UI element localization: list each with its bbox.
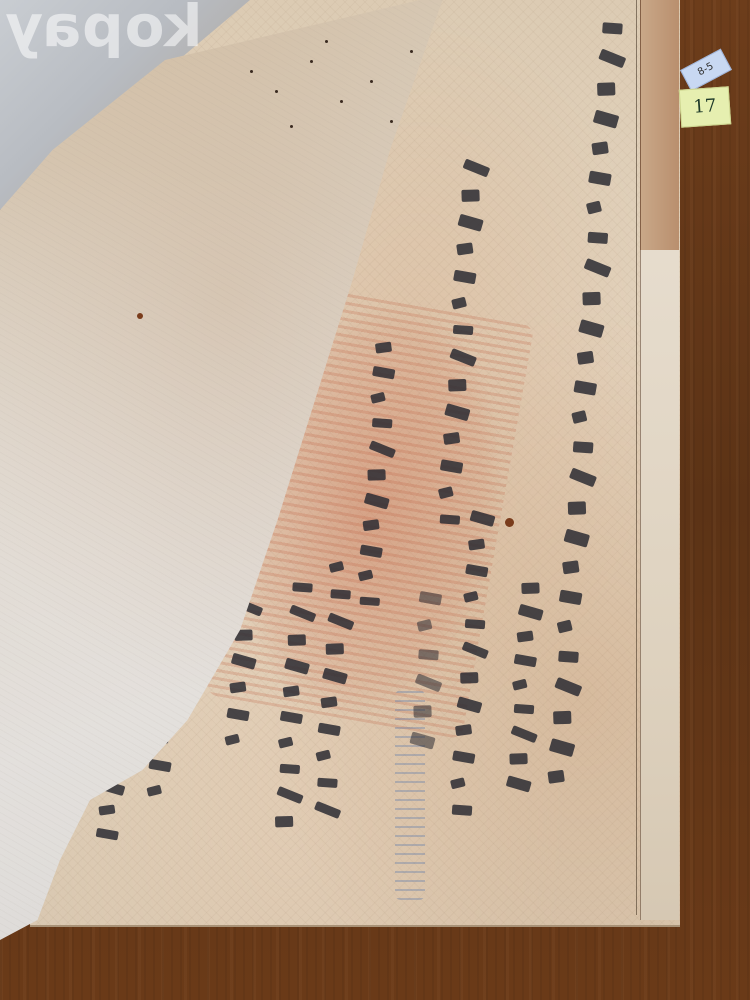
ink-stroke bbox=[283, 685, 300, 697]
ink-stroke bbox=[229, 681, 246, 693]
ink-stroke bbox=[315, 749, 331, 762]
ink-stroke bbox=[292, 582, 313, 592]
ink-stroke bbox=[359, 596, 380, 606]
ink-stroke bbox=[438, 486, 454, 499]
ink-specks bbox=[230, 30, 430, 150]
ink-stroke bbox=[586, 200, 602, 214]
document-edge-strip-bottom bbox=[640, 250, 679, 920]
ink-stroke bbox=[443, 432, 460, 445]
ink-stroke bbox=[564, 529, 591, 548]
ink-stroke bbox=[553, 711, 571, 724]
ink-stroke bbox=[456, 243, 473, 256]
ink-stroke bbox=[372, 366, 395, 380]
ink-stroke bbox=[512, 678, 528, 690]
ink-stroke bbox=[460, 672, 478, 684]
ink-stroke bbox=[465, 564, 488, 578]
ink-stroke bbox=[518, 604, 544, 621]
ink-stroke bbox=[226, 707, 249, 721]
ink-stroke bbox=[444, 403, 470, 421]
ink-stroke bbox=[326, 643, 344, 655]
ink-stroke bbox=[360, 544, 383, 558]
ink-stroke bbox=[367, 469, 385, 481]
ink-stroke bbox=[418, 649, 439, 660]
ink-stroke bbox=[453, 269, 476, 283]
ink-stroke bbox=[558, 651, 579, 663]
document-margin-line bbox=[636, 0, 637, 915]
ink-stroke bbox=[571, 410, 587, 424]
ink-stroke bbox=[358, 569, 374, 581]
ink-stroke bbox=[284, 658, 310, 675]
ink-stroke bbox=[450, 777, 466, 789]
ink-stroke bbox=[372, 418, 393, 428]
ink-stroke bbox=[280, 764, 301, 774]
ink-stroke bbox=[451, 296, 467, 309]
ink-stroke bbox=[597, 82, 615, 95]
ink-stroke bbox=[577, 351, 594, 365]
ink-stroke bbox=[578, 319, 605, 338]
ink-stroke bbox=[514, 654, 537, 667]
ink-stroke bbox=[329, 561, 345, 574]
ink-stroke bbox=[231, 653, 257, 671]
ink-stroke bbox=[521, 582, 539, 593]
ink-stroke bbox=[593, 110, 620, 129]
ink-stroke bbox=[278, 737, 294, 749]
ink-stroke bbox=[463, 591, 479, 603]
ink-stroke bbox=[582, 292, 600, 305]
ink-stroke bbox=[549, 738, 576, 757]
ink-stroke bbox=[146, 785, 162, 797]
ink-stroke bbox=[557, 619, 573, 633]
ink-stroke bbox=[440, 514, 461, 525]
ink-stroke bbox=[275, 816, 293, 828]
ink-stroke bbox=[568, 501, 586, 514]
ink-stroke bbox=[224, 734, 240, 746]
ink-stroke bbox=[587, 232, 608, 244]
ink-stroke bbox=[288, 634, 306, 646]
ink-stroke bbox=[514, 704, 535, 714]
ink-stroke bbox=[448, 379, 466, 391]
ink-stroke bbox=[591, 141, 608, 155]
ink-stroke bbox=[322, 668, 348, 686]
ink-stroke bbox=[453, 325, 474, 336]
ink-stroke bbox=[148, 759, 171, 773]
ink-stroke bbox=[413, 705, 431, 718]
ink-stroke bbox=[440, 459, 463, 473]
ink-stroke bbox=[96, 827, 119, 840]
ink-stroke bbox=[461, 190, 479, 202]
ink-stroke bbox=[452, 805, 473, 816]
ink-stroke bbox=[547, 770, 564, 784]
ink-stroke bbox=[469, 510, 495, 528]
ink-stroke bbox=[458, 214, 484, 232]
ink-stroke bbox=[452, 750, 475, 764]
ink-stroke bbox=[419, 591, 443, 606]
ink-stroke bbox=[98, 805, 115, 816]
ink-stroke bbox=[409, 731, 435, 749]
ink-stroke bbox=[280, 711, 303, 725]
ink-stroke bbox=[362, 519, 379, 531]
yellow-sticky-note: 17 bbox=[679, 86, 732, 127]
ink-stroke bbox=[506, 775, 532, 792]
ink-stroke bbox=[588, 171, 612, 186]
ink-stroke bbox=[465, 619, 486, 630]
ink-stroke bbox=[468, 538, 485, 550]
ink-stroke bbox=[559, 590, 583, 605]
ink-stroke bbox=[417, 619, 433, 632]
ink-stroke bbox=[602, 22, 623, 34]
document-edge-strip-top bbox=[640, 0, 679, 250]
ink-stroke bbox=[517, 630, 534, 642]
ink-stroke bbox=[330, 589, 351, 600]
ink-stroke bbox=[375, 342, 392, 354]
ink-stroke bbox=[370, 392, 386, 404]
ink-stroke bbox=[364, 492, 390, 509]
ink-stroke bbox=[562, 560, 579, 574]
watermark: kopay bbox=[4, 0, 203, 60]
ink-stroke bbox=[317, 723, 340, 737]
ink-stroke bbox=[320, 696, 337, 709]
paper-spot bbox=[137, 313, 143, 319]
ink-stroke bbox=[455, 724, 472, 736]
ink-stroke bbox=[573, 441, 594, 453]
ink-stroke bbox=[509, 753, 527, 764]
ink-stroke bbox=[573, 380, 597, 395]
paper-spot bbox=[505, 518, 514, 527]
ink-stroke bbox=[317, 778, 338, 789]
ink-stroke bbox=[456, 696, 482, 714]
